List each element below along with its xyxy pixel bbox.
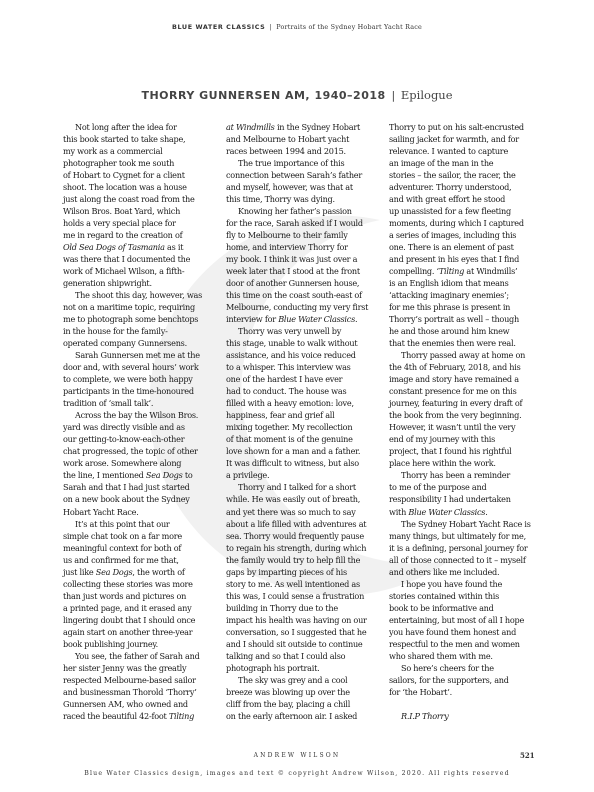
text-line: The Sydney Hobart Yacht Race is xyxy=(389,518,547,530)
copyright-notice: Blue Water Classics design, images and t… xyxy=(0,770,594,777)
text-line: respectful to the men and women xyxy=(389,638,547,650)
body-text-columns: Not long after the idea forthis book sta… xyxy=(63,121,547,741)
text-line: on a new book about the Sydney xyxy=(63,493,221,505)
text-line: had to conduct. The house was xyxy=(226,385,384,397)
text-line: all of those connected to it – myself xyxy=(389,554,547,566)
text-line: moments, during which I captured xyxy=(389,217,547,229)
text-line: interview for Blue Water Classics. xyxy=(226,313,384,325)
text-line: assistance, and his voice reduced xyxy=(226,349,384,361)
text-line: to complete, we were both happy xyxy=(63,373,221,385)
text-line: a series of images, including this xyxy=(389,229,547,241)
text-line: that the enemies then were real. xyxy=(389,337,547,349)
text-line: not on a maritime topic, requiring xyxy=(63,301,221,313)
text-line: this time, Thorry was dying. xyxy=(226,193,384,205)
italic-title: Blue Water Classics xyxy=(278,314,355,324)
text-line: place here within the work. xyxy=(389,457,547,469)
text-line: to regain his strength, during which xyxy=(226,542,384,554)
text-line: generation shipwright. xyxy=(63,277,221,289)
text-line: connection between Sarah’s father xyxy=(226,169,384,181)
text-line: one. There is an element of past xyxy=(389,241,547,253)
text-line: is an English idiom that means xyxy=(389,277,547,289)
text-line: us and confirmed for me that, xyxy=(63,554,221,566)
text-line: in the house for the family- xyxy=(63,325,221,337)
text-line: book publishing journey. xyxy=(63,638,221,650)
book-title: Portraits of the Sydney Hobart Yacht Rac… xyxy=(276,23,422,31)
text-line: the 4th of February, 2018, and his xyxy=(389,361,547,373)
text-line: Old Sea Dogs of Tasmania as it xyxy=(63,241,221,253)
text-line: stories – the sailor, the racer, the xyxy=(389,169,547,181)
text-line: photographer took me south xyxy=(63,157,221,169)
text-line: Thorry to put on his salt-encrusted xyxy=(389,121,547,133)
text-line: at Windmills in the Sydney Hobart xyxy=(226,121,384,133)
text-line: sailing jacket for warmth, and for xyxy=(389,133,547,145)
text-line: It was difficult to witness, but also xyxy=(226,457,384,469)
text-line: week later that I stood at the front xyxy=(226,265,384,277)
text-line: gaps by imparting pieces of his xyxy=(226,566,384,578)
text-line: image and story have remained a xyxy=(389,373,547,385)
text-line: the line, I mentioned Sea Dogs to xyxy=(63,469,221,481)
page-number: 521 xyxy=(520,751,535,760)
text-line: of Hobart to Cygnet for a client xyxy=(63,169,221,181)
chapter-section: Epilogue xyxy=(401,88,453,102)
text-line: many things, but ultimately for me, xyxy=(389,530,547,542)
text-line: work arose. Somewhere along xyxy=(63,457,221,469)
text-line: who shared them with me. xyxy=(389,650,547,662)
text-line: lingering doubt that I should once xyxy=(63,614,221,626)
chapter-separator: | xyxy=(391,89,395,102)
chapter-title: THORRY GUNNERSEN AM, 1940–2018 | Epilogu… xyxy=(0,88,594,102)
text-line: It’s at this point that our xyxy=(63,518,221,530)
text-line: participants in the time-honoured xyxy=(63,385,221,397)
text-line: Gunnersen AM, who owned and xyxy=(63,698,221,710)
text-line: compelling. ‘Tilting at Windmills’ xyxy=(389,265,547,277)
text-line: on the early afternoon air. I asked xyxy=(226,710,384,722)
text-line: the family would try to help fill the xyxy=(226,554,384,566)
text-line: entertaining, but most of all I hope xyxy=(389,614,547,626)
text-line: Melbourne, conducting my very first xyxy=(226,301,384,313)
text-line: Hobart Yacht Race. xyxy=(63,506,221,518)
text-line: for me this phrase is present in xyxy=(389,301,547,313)
text-line: chat progressed, the topic of other xyxy=(63,445,221,457)
text-line: love shown for a man and a father. xyxy=(226,445,384,457)
text-line: me to photograph some benchtops xyxy=(63,313,221,325)
text-line: sailors, for the supporters, and xyxy=(389,674,547,686)
text-line: Knowing her father’s passion xyxy=(226,205,384,217)
text-line: a privilege. xyxy=(226,469,384,481)
text-line: just like Sea Dogs, the worth of xyxy=(63,566,221,578)
text-column-1: Not long after the idea forthis book sta… xyxy=(63,121,221,741)
text-line: a printed page, and it erased any xyxy=(63,602,221,614)
footer-author: ANDREW WILSON xyxy=(0,752,594,759)
text-line: home, and interview Thorry for xyxy=(226,241,384,253)
text-line: was there that I documented the xyxy=(63,253,221,265)
text-line: the book from the very beginning. xyxy=(389,409,547,421)
text-line: Thorry’s portrait as well – though xyxy=(389,313,547,325)
text-line: ‘attacking imaginary enemies’; xyxy=(389,289,547,301)
italic-title: at Windmills xyxy=(226,122,275,132)
text-line: yard was directly visible and as xyxy=(63,421,221,433)
text-line: conversation, so I suggested that he xyxy=(226,626,384,638)
text-line: my book. I think it was just over a xyxy=(226,253,384,265)
italic-title: Sea Dogs xyxy=(96,567,133,577)
text-line: tradition of ‘small talk’. xyxy=(63,397,221,409)
text-line: Thorry passed away at home on xyxy=(389,349,547,361)
text-line: up unassisted for a few fleeting xyxy=(389,205,547,217)
text-line: collecting these stories was more xyxy=(63,578,221,590)
text-line: adventurer. Thorry understood, xyxy=(389,181,547,193)
text-line: shoot. The location was a house xyxy=(63,181,221,193)
text-line: photograph his portrait. xyxy=(226,662,384,674)
text-line: You see, the father of Sarah and xyxy=(63,650,221,662)
text-line: me in regard to the creation of xyxy=(63,229,221,241)
text-line: So here’s cheers for the xyxy=(389,662,547,674)
text-line: Thorry and I talked for a short xyxy=(226,481,384,493)
text-line: filled with a heavy emotion: love, xyxy=(226,397,384,409)
text-line: journey, featuring in every draft of xyxy=(389,397,547,409)
text-line: an image of the man in the xyxy=(389,157,547,169)
text-line: our getting-to-know-each-other xyxy=(63,433,221,445)
text-column-3: Thorry to put on his salt-encrustedsaili… xyxy=(389,121,547,741)
text-line: and myself, however, was that at xyxy=(226,181,384,193)
text-line: fly to Melbourne to their family xyxy=(226,229,384,241)
text-line: and present in his eyes that I find xyxy=(389,253,547,265)
text-line: Thorry has been a reminder xyxy=(389,469,547,481)
text-line: holds a very special place for xyxy=(63,217,221,229)
text-line: and Melbourne to Hobart yacht xyxy=(226,133,384,145)
text-line: meaningful context for both of xyxy=(63,542,221,554)
text-line: I hope you have found the xyxy=(389,578,547,590)
text-line: door and, with several hours’ work xyxy=(63,361,221,373)
text-line: this was, I could sense a frustration xyxy=(226,590,384,602)
text-line: again start on another three-year xyxy=(63,626,221,638)
running-head-separator: | xyxy=(270,23,272,31)
text-line: just along the coast road from the xyxy=(63,193,221,205)
text-column-2: at Windmills in the Sydney Hobartand Mel… xyxy=(226,121,384,741)
text-line: and others like me included. xyxy=(389,566,547,578)
text-line: this time on the coast south-east of xyxy=(226,289,384,301)
italic-title: Tilting xyxy=(439,266,464,276)
text-line: he and those around him knew xyxy=(389,325,547,337)
brand-name: BLUE WATER CLASSICS xyxy=(172,23,265,31)
text-line: The sky was grey and a cool xyxy=(226,674,384,686)
text-line: for the race, Sarah asked if I would xyxy=(226,217,384,229)
text-line: operated company Gunnersens. xyxy=(63,337,221,349)
text-line: story to me. As well intentioned as xyxy=(226,578,384,590)
text-line: impact his health was having on our xyxy=(226,614,384,626)
text-line: her sister Jenny was the greatly xyxy=(63,662,221,674)
text-line: book to be informative and xyxy=(389,602,547,614)
text-line: The shoot this day, however, was xyxy=(63,289,221,301)
text-line: cliff from the bay, placing a chill xyxy=(226,698,384,710)
italic-title: Sea Dogs xyxy=(146,470,183,480)
text-line: Across the bay the Wilson Bros. xyxy=(63,409,221,421)
text-line: Sarah and that I had just started xyxy=(63,481,221,493)
text-line: my work as a commercial xyxy=(63,145,221,157)
text-line: mixing together. My recollection xyxy=(226,421,384,433)
italic-title: Blue Water Classics xyxy=(408,507,485,517)
text-line: constant presence for me on this xyxy=(389,385,547,397)
text-line: responsibility I had undertaken xyxy=(389,493,547,505)
running-head: BLUE WATER CLASSICS | Portraits of the S… xyxy=(0,23,594,31)
text-line: simple chat took on a far more xyxy=(63,530,221,542)
text-line: end of my journey with this xyxy=(389,433,547,445)
text-line: about a life filled with adventures at xyxy=(226,518,384,530)
text-line: than just words and pictures on xyxy=(63,590,221,602)
text-line: breeze was blowing up over the xyxy=(226,686,384,698)
text-line: to me of the purpose and xyxy=(389,481,547,493)
italic-title: Tilting xyxy=(169,711,194,721)
text-line: Sarah Gunnersen met me at the xyxy=(63,349,221,361)
text-line: Not long after the idea for xyxy=(63,121,221,133)
text-line: relevance. I wanted to capture xyxy=(389,145,547,157)
text-line: and I should sit outside to continue xyxy=(226,638,384,650)
text-line: Thorry was very unwell by xyxy=(226,325,384,337)
text-line: The true importance of this xyxy=(226,157,384,169)
text-line: stories contained within this xyxy=(389,590,547,602)
text-line: to a whisper. This interview was xyxy=(226,361,384,373)
text-line: with Blue Water Classics. xyxy=(389,506,547,518)
text-line: door of another Gunnersen house, xyxy=(226,277,384,289)
text-line: Wilson Bros. Boat Yard, which xyxy=(63,205,221,217)
text-line: this stage, unable to walk without xyxy=(226,337,384,349)
text-line: and with great effort he stood xyxy=(389,193,547,205)
signoff: R.I.P Thorry xyxy=(389,710,547,722)
text-line: and businessman Thorold ‘Thorry’ xyxy=(63,686,221,698)
text-line: However, it wasn’t until the very xyxy=(389,421,547,433)
text-line: it is a defining, personal journey for xyxy=(389,542,547,554)
chapter-subject: THORRY GUNNERSEN AM, 1940–2018 xyxy=(141,89,385,102)
text-line: raced the beautiful 42-foot Tilting xyxy=(63,710,221,722)
text-line: for ‘the Hobart’. xyxy=(389,686,547,698)
text-line: talking and so that I could also xyxy=(226,650,384,662)
text-line: one of the hardest I have ever xyxy=(226,373,384,385)
text-line: this book started to take shape, xyxy=(63,133,221,145)
text-line: respected Melbourne-based sailor xyxy=(63,674,221,686)
text-line: project, that I found his rightful xyxy=(389,445,547,457)
text-line: work of Michael Wilson, a fifth- xyxy=(63,265,221,277)
italic-title: Old Sea Dogs of Tasmania xyxy=(63,242,165,252)
text-line: and yet there was so much to say xyxy=(226,506,384,518)
text-line: you have found them honest and xyxy=(389,626,547,638)
text-line: races between 1994 and 2015. xyxy=(226,145,384,157)
text-line: building in Thorry due to the xyxy=(226,602,384,614)
text-line: happiness, fear and grief all xyxy=(226,409,384,421)
text-line: sea. Thorry would frequently pause xyxy=(226,530,384,542)
text-line: of that moment is of the genuine xyxy=(226,433,384,445)
book-page: BLUE WATER CLASSICS | Portraits of the S… xyxy=(0,0,594,792)
text-line: while. He was easily out of breath, xyxy=(226,493,384,505)
